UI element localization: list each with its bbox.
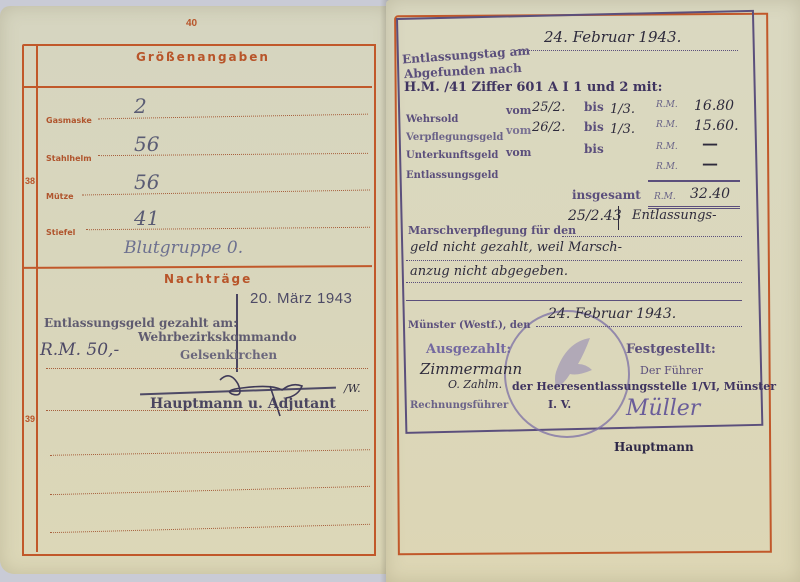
header-divider [22,86,372,88]
size-value: 41 [134,206,159,230]
sum-line [648,180,740,182]
place-date: 24. Februar 1943. [548,306,676,322]
march-label: Marschverpflegung für den [408,224,576,237]
payment-label: Unterkunftsgeld [406,150,498,161]
dotted-line [406,282,742,283]
currency: R.M. [656,120,678,130]
right-page: Entlassungstag am 24. Februar 1943. Abge… [386,0,800,582]
payment-label: Verpflegungsgeld [406,132,503,143]
left-page: 40 Größenangaben 38 39 Gasmaske 2 Stahlh… [0,6,392,574]
accountant-label: Rechnungsführer [410,400,508,411]
dotted-line [562,236,742,237]
size-label: Stahlhelm [46,154,92,163]
confirmed-label: Festgestellt: [626,342,716,357]
currency: R.M. [656,162,678,172]
iv-label: I. V. [548,398,571,411]
dotted-line [536,326,742,327]
currency: R.M. [656,100,678,110]
size-label: Gasmaske [46,116,92,125]
amount: — [702,154,718,173]
march-note-line: anzug nicht abgegeben. [410,264,568,279]
march-date: 25/2.43 [568,208,622,224]
handwritten-note: Blutgruppe 0. [124,238,243,258]
paid-rank: O. Zahlm. [448,378,502,391]
from-label: vom [506,146,531,159]
section-heading-sizes: Größenangaben [136,50,270,64]
currency: R.M. [656,142,678,152]
march-note-line: geld nicht gezahlt, weil Marsch- [410,240,622,255]
office-label: der Heeresentlassungsstelle 1/VI, Münste… [512,380,776,393]
release-day-value: 24. Februar 1943. [544,28,681,46]
amount: 16.80 [694,98,734,114]
size-value: 2 [134,94,147,118]
size-value: 56 [134,132,159,156]
payment-label: Entlassungsgeld [406,170,498,181]
handwritten-signature [200,360,320,420]
stamp-initials: /W. [344,382,361,395]
ink-divider [618,206,619,230]
stamp-date: 20. März 1943 [250,290,352,307]
size-label: Stiefel [46,228,75,237]
to-date: 1/3. [610,122,635,137]
dotted-line [406,260,742,261]
total-currency: R.M. [654,192,676,202]
to-label: bis [584,142,604,156]
march-note-line: Entlassungs- [632,208,716,223]
from-date: 25/2. [532,100,565,115]
leader-signature: Müller [626,396,700,421]
place-label: Münster (Westf.), den [408,320,530,331]
from-date: 26/2. [532,120,565,135]
leader-label: Der Führer [640,364,703,377]
size-label: Mütze [46,192,74,201]
to-label: bis [584,100,604,114]
amount: 15.60. [694,118,739,134]
stamp-line1: Entlassungsgeld gezahlt am: [44,316,238,330]
stamp-office-1: Wehrbezirkskommando [138,330,297,344]
stamp-amount: R.M. 50,- [40,340,119,360]
from-label: vom [506,104,531,117]
from-label: vom [506,124,531,137]
to-date: 1/3. [610,102,635,117]
paid-label: Ausgezahlt: [426,342,511,357]
page-number: 40 [186,18,197,29]
regulation-text: H.M. /41 Ziffer 601 A I 1 und 2 mit: [404,80,662,95]
dotted-line [46,410,368,411]
side-number: 39 [25,414,35,424]
dotted-line [516,50,738,51]
section-heading-addenda: Nachträge [164,272,252,286]
paid-signature: Zimmermann [420,360,522,378]
payment-label: Wehrsold [406,114,458,125]
amount: — [702,134,718,153]
rank-label: Hauptmann [614,440,694,454]
total-label: insgesamt [572,188,641,202]
total-amount: 32.40 [690,186,730,202]
size-value: 56 [134,170,159,194]
to-label: bis [584,120,604,134]
margin-line [36,46,38,552]
divider-line [406,300,742,301]
side-number: 38 [25,176,35,186]
